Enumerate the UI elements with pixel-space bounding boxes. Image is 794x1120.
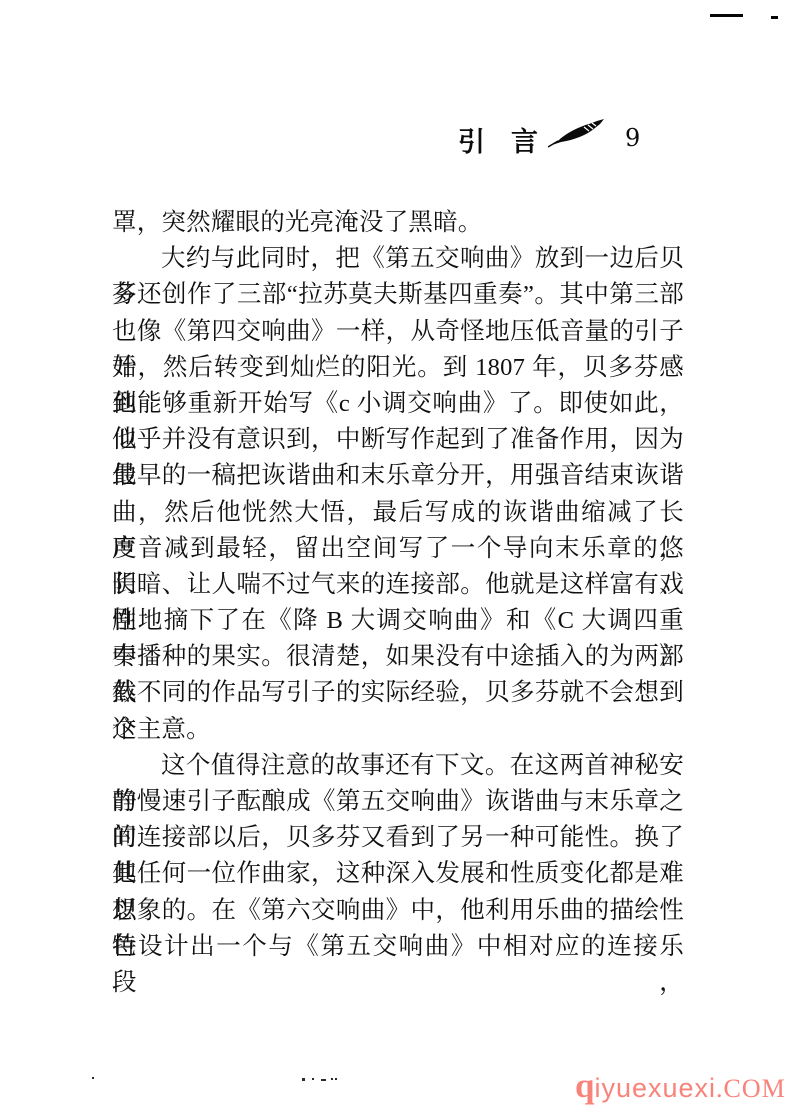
watermark-body: iyuexuexi (594, 1073, 716, 1104)
site-watermark: qiyuexuexi.COM (575, 1068, 786, 1104)
text-line: 个主意。 (112, 712, 684, 748)
text-line: 的连接部以后，贝多芬又看到了另一种可能性。换了其 (112, 820, 684, 856)
scanned-book-page: 引 言 9 罩，突然耀眼的光亮淹没了黑暗。 大约与此同时，把《第五交响曲》放到一… (0, 0, 794, 1120)
scan-speck (321, 1079, 326, 1081)
text-line: 芬还创作了三部“拉苏莫夫斯基四重奏”。其中第三部 (112, 277, 684, 313)
text-line: 罩，突然耀眼的光亮淹没了黑暗。 (112, 205, 684, 241)
page-number: 9 (625, 124, 640, 152)
watermark-suffix: .COM (716, 1074, 786, 1104)
text-line: 这个值得注意的故事还有下文。在这两首神秘安静 (112, 748, 684, 784)
text-line: 似乎并没有意识到，中断写作起到了准备作用，因为他 (112, 422, 684, 458)
text-line: 他任何一位作曲家，这种深入发展和性质变化都是难以 (112, 856, 684, 892)
text-line: 的慢速引子酝酿成《第五交响曲》诙谐曲与末乐章之间 (112, 784, 684, 820)
feather-icon (548, 119, 608, 149)
text-line: 最早的一稿把诙谐曲和末乐章分开，用强音结束诙谐 (112, 458, 684, 494)
scan-speck (331, 1078, 333, 1080)
chapter-title: 引 言 (458, 120, 538, 159)
text-line: 大约与此同时，把《第五交响曲》放到一边后贝多 (112, 241, 684, 277)
text-line: 性地摘下了在《降 B 大调交响曲》和《C 大调四重奏》 (112, 603, 684, 639)
text-line: 始，然后转变到灿烂的阳光。到 1807 年，贝多芬感到 (112, 350, 684, 386)
text-line: 曲，然后他恍然大悟，最后写成的诙谐曲缩减了长度， (112, 495, 684, 531)
scan-speck (312, 1078, 314, 1080)
chapter-title-char: 引 (458, 120, 485, 159)
text-line: 也像《第四交响曲》一样，从奇怪地压低音量的引子开 (112, 314, 684, 350)
chapter-title-char: 言 (511, 120, 538, 159)
text-line: 中播种的果实。很清楚，如果没有中途插入的为两部截 (112, 639, 684, 675)
text-line: 然不同的作品写引子的实际经验，贝多芬就不会想到这 (112, 675, 684, 711)
scan-artifact-line (710, 14, 743, 17)
text-line: 阴暗、让人喘不过气来的连接部。他就是这样富有戏剧 (112, 567, 684, 603)
text-line: 色设计出一个与《第五交响曲》中相对应的连接乐段， (112, 929, 684, 965)
scan-artifact-dash (771, 16, 778, 19)
scan-speck (92, 1077, 94, 1079)
watermark-lead: q (575, 1068, 594, 1103)
text-line: 想象的。在《第六交响曲》中，他利用乐曲的描绘性特 (112, 893, 684, 929)
scan-speck (302, 1078, 305, 1081)
text-line: 声音减到最轻，留出空间写了一个导向末乐章的悠长、 (112, 531, 684, 567)
text-line: 他能够重新开始写《c 小调交响曲》了。即使如此，他 (112, 386, 684, 422)
body-text: 罩，突然耀眼的光亮淹没了黑暗。 大约与此同时，把《第五交响曲》放到一边后贝多 芬… (112, 205, 684, 965)
scan-speck (335, 1078, 337, 1080)
